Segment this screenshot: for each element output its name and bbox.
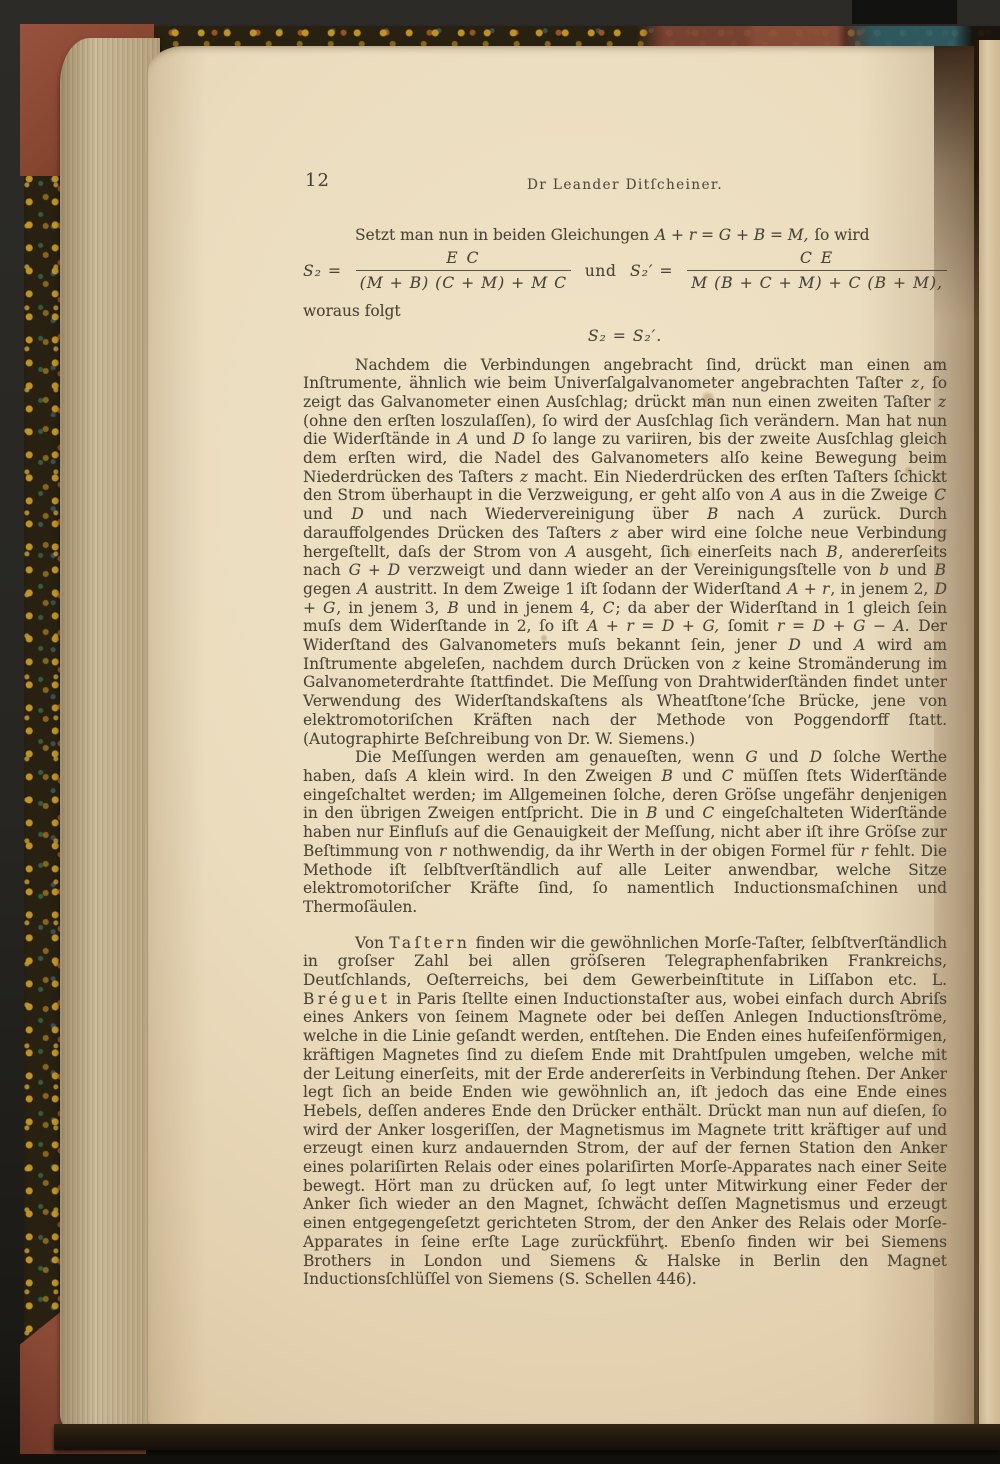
backdrop-shadow-notch (852, 0, 957, 24)
math-variable: A (457, 430, 470, 448)
photo-background: { "page": { "number": "12", "running_hea… (0, 0, 1000, 1464)
letterspaced-name: Bréguet (303, 990, 390, 1008)
math-variable: A (792, 505, 805, 523)
math-variable: A + r = D + G, (586, 617, 720, 635)
math-variable: z (609, 524, 619, 542)
math-variable: D (350, 505, 364, 523)
page-number: 12 (305, 172, 330, 191)
math-variable: z (910, 374, 920, 392)
fraction-1: E C (M + B) (C + M) + M C (356, 249, 571, 293)
math-variable: C (721, 767, 735, 785)
fraction-1-numerator: E C (356, 249, 571, 272)
intro-paragraph: Setzt man nun in beiden Gleichungen A + … (303, 226, 947, 245)
math-variable: D (512, 430, 526, 448)
facing-page-edge (979, 40, 1000, 1432)
fraction-2-numerator: C E (687, 249, 947, 272)
math-variable: B (825, 543, 838, 561)
math-variable: B (706, 505, 719, 523)
running-header: Dr Leander Ditſcheiner. (303, 176, 947, 195)
math-variable: A + r (786, 580, 830, 598)
fraction-1-denominator: (M + B) (C + M) + M C (356, 271, 571, 293)
paragraph: Nachdem die Verbindungen angebracht ſind… (303, 356, 947, 749)
math-variable: D (809, 748, 823, 766)
math-variable: A (406, 767, 419, 785)
math-variable: A (770, 486, 783, 504)
math-variable: G + D (348, 561, 402, 579)
book-page: 12 Dr Leander Ditſcheiner. Setzt man nun… (148, 46, 974, 1426)
math-variable: B (446, 599, 459, 617)
display-equation: S₂ = E C (M + B) (C + M) + M C und S₂′ =… (303, 249, 947, 293)
math-variable: b (878, 561, 890, 579)
math-variable: D (787, 636, 801, 654)
math-variable: r (860, 842, 869, 860)
equation-lhs-1: S₂ = (303, 262, 342, 281)
math-variable: r = D + G − A. (776, 617, 911, 635)
math-variable: B (645, 804, 658, 822)
math-variable: B (660, 767, 673, 785)
math-variable: G (744, 748, 758, 766)
math-variable: A (565, 543, 578, 561)
equation-lhs-2: S₂′ = (630, 262, 674, 281)
math-variable: C (602, 599, 616, 617)
fraction-2: C E M (B + C + M) + C (B + M), (687, 249, 947, 293)
paragraph: Die Meſſungen werden am genaueſten, wenn… (303, 748, 947, 916)
equation-connector: und (585, 262, 617, 281)
math-variable: C (701, 804, 715, 822)
math-variable: z (731, 655, 741, 673)
math-variable: A (853, 636, 866, 654)
math-variable: A (356, 580, 369, 598)
math-variable: B (934, 561, 947, 579)
text-block: 12 Dr Leander Ditſcheiner. Setzt man nun… (303, 46, 947, 1289)
book-cover-bottom-edge (54, 1424, 1000, 1450)
fraction-2-denominator: M (B + C + M) + C (B + M), (687, 271, 947, 293)
letterspaced-name: Taſtern (389, 934, 470, 952)
page-header: 12 Dr Leander Ditſcheiner. (303, 176, 947, 196)
equation-result: S₂ = S₂′. (303, 327, 947, 346)
body-paragraphs: Nachdem die Verbindungen angebracht ſind… (303, 356, 947, 1289)
math-variable: r (438, 842, 447, 860)
math-variable: C (933, 486, 947, 504)
paragraph: Von Taſtern finden wir die gewöhnlichen … (303, 934, 947, 1289)
math-variable: z (937, 393, 947, 411)
woraus-folgt-line: woraus folgt (303, 302, 947, 321)
math-variable: A + r = G + B = M, (654, 226, 809, 244)
page-fore-edge-stack (60, 38, 160, 1430)
math-variable: z (519, 468, 529, 486)
